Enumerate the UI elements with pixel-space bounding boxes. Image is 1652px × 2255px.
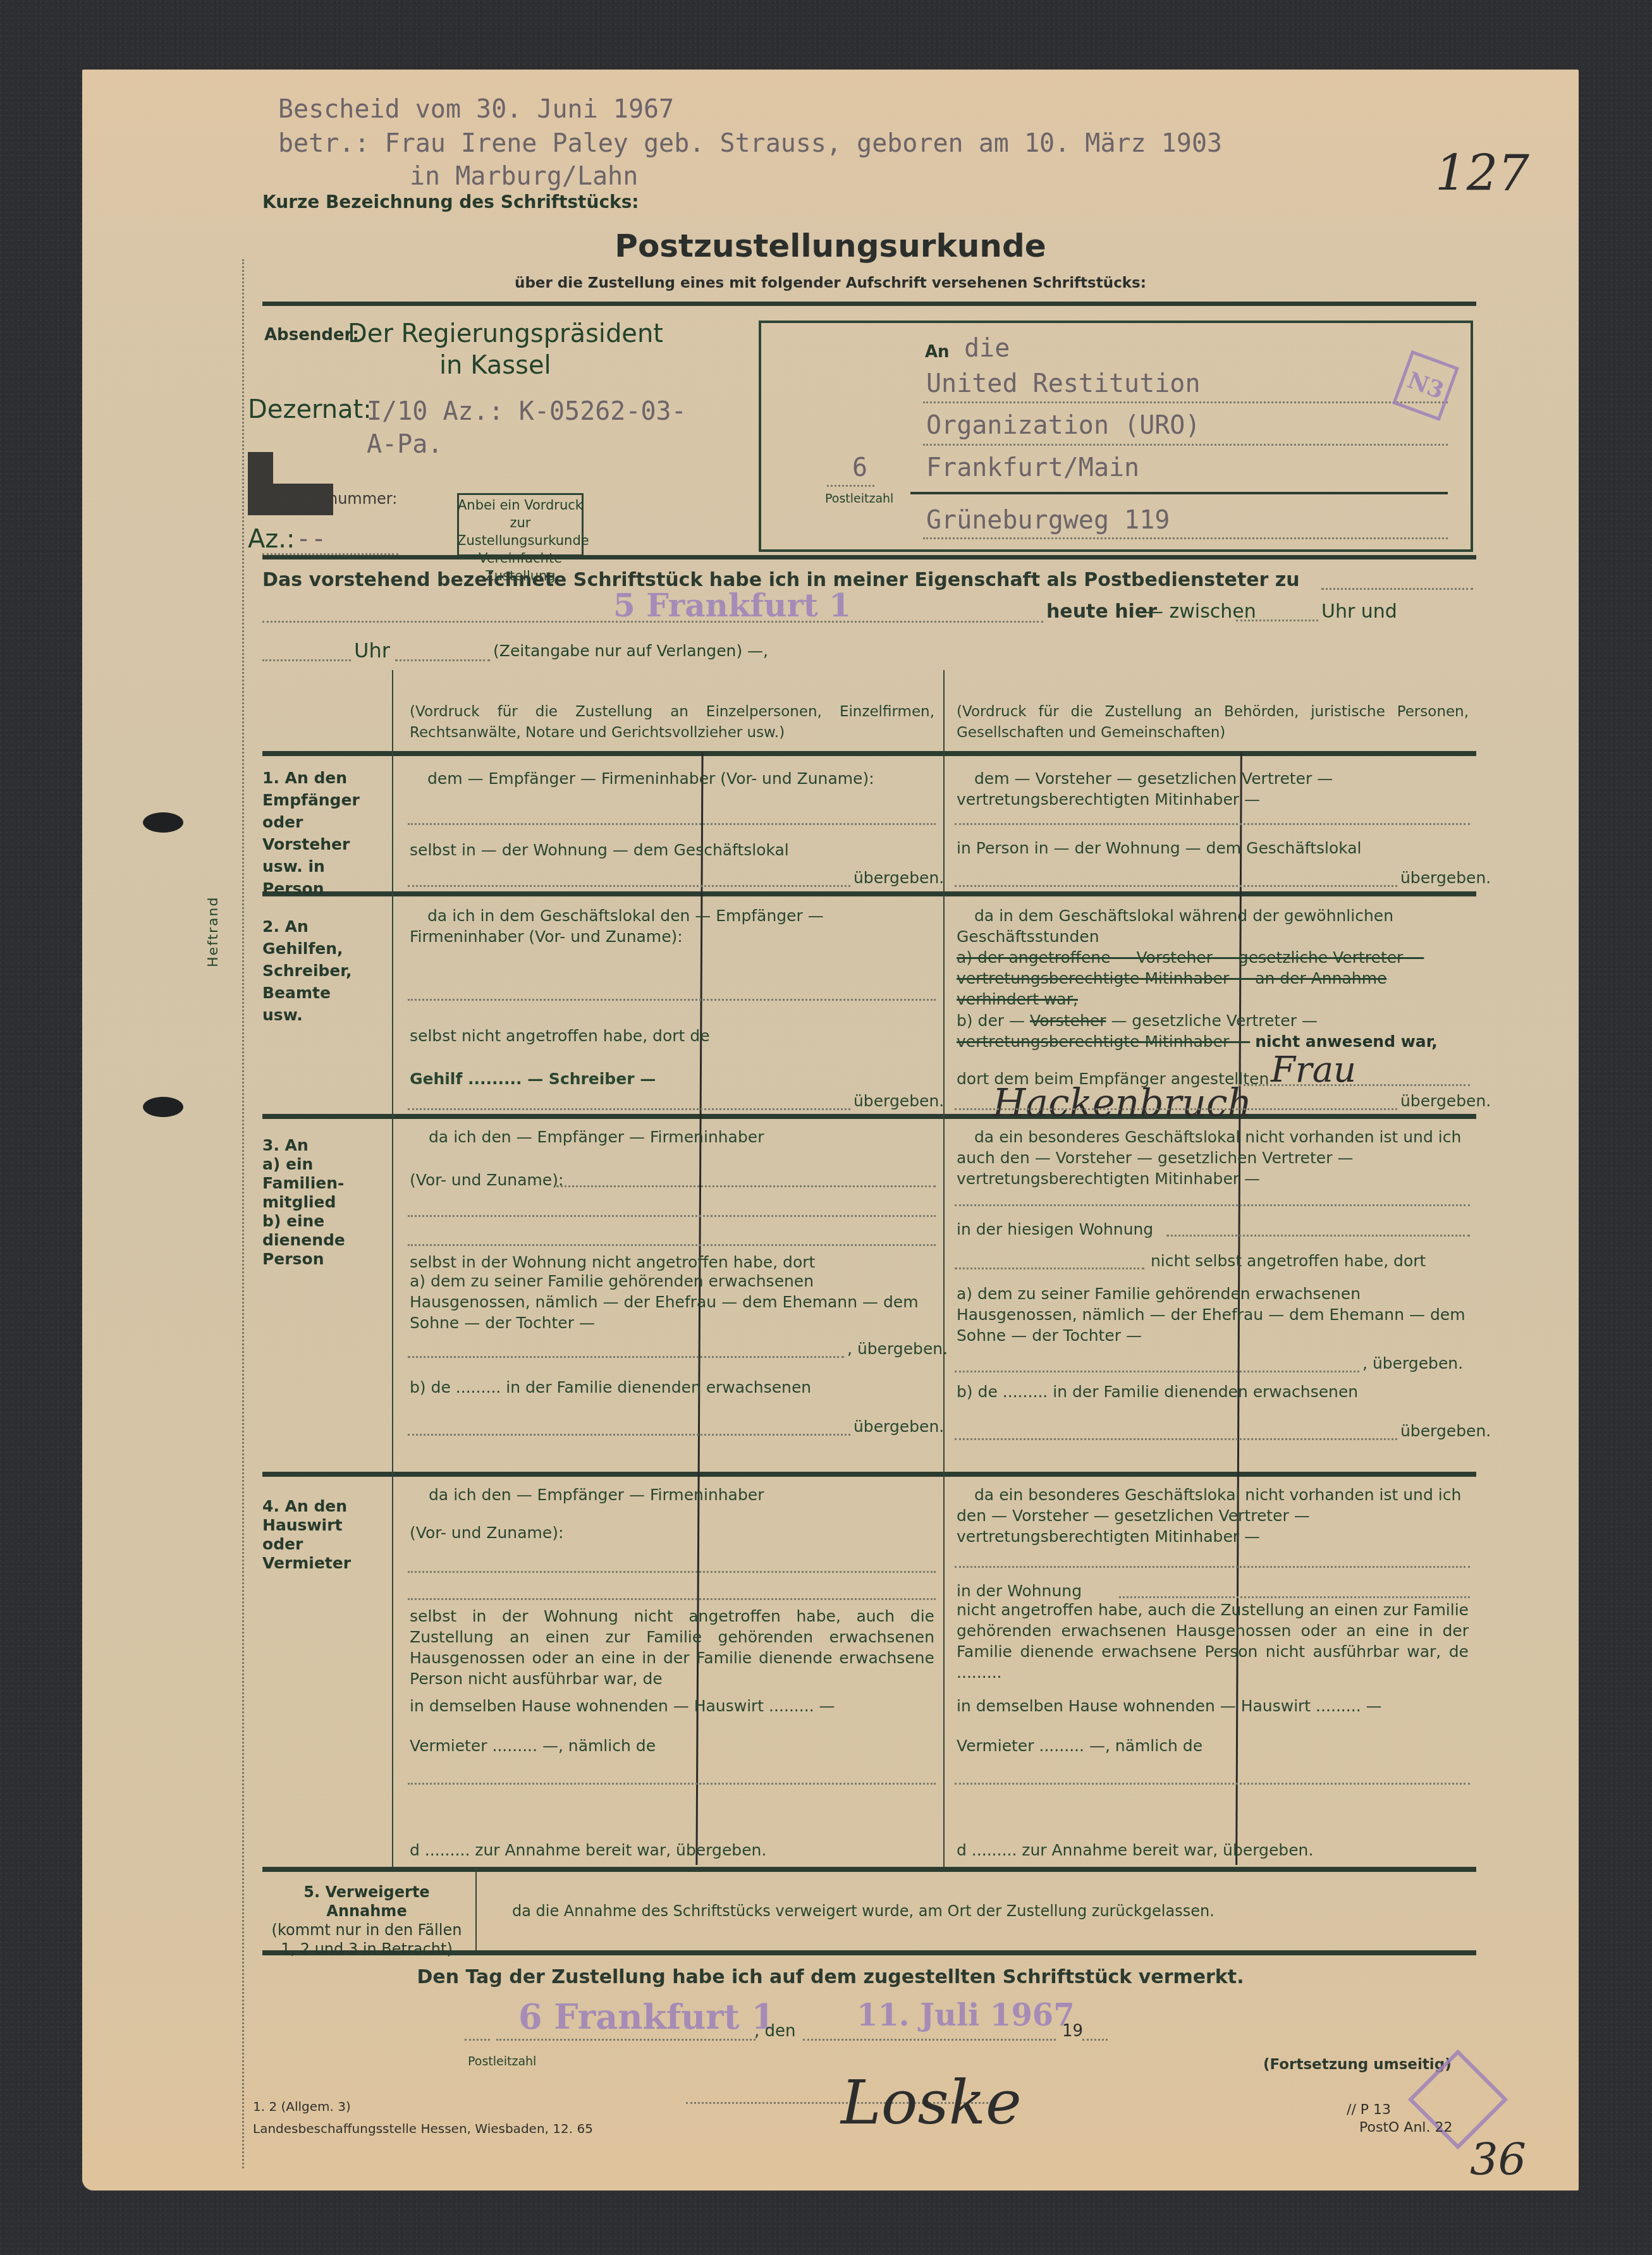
place-stamp-footer: 6 Frankfurt 1 bbox=[518, 1996, 775, 2037]
place-stamp-1: 5 Frankfurt 1 bbox=[613, 587, 851, 624]
intro-dotline-1 bbox=[1321, 588, 1473, 590]
section-3-left-dotline-5 bbox=[408, 1434, 850, 1436]
section-4-left-dotline-1 bbox=[408, 1571, 936, 1573]
right-column-header: (Vordruck für die Zustellung an Behörden… bbox=[957, 702, 1469, 743]
footer-year-dotline bbox=[1082, 2039, 1108, 2041]
section-2-right-end: übergeben. bbox=[1400, 1091, 1491, 1111]
az-value: -- bbox=[296, 525, 326, 554]
section-2-left-l2: selbst nicht angetroffen habe, dort de bbox=[410, 1025, 710, 1046]
col-divider-header-left bbox=[392, 670, 393, 751]
zeitangabe-label: (Zeitangabe nur auf Verlangen) —, bbox=[493, 642, 768, 660]
dezernat-value-2: A-Pa. bbox=[367, 430, 443, 459]
section-1-left-l2: selbst in — der Wohnung — dem Geschäftsl… bbox=[410, 840, 789, 860]
section-3-left-l3: selbst in der Wohnung nicht angetroffen … bbox=[410, 1252, 815, 1273]
recipient-dotline-3 bbox=[923, 444, 1448, 446]
section-2-label: 2. AnGehilfen,Schreiber,Beamteusw. bbox=[262, 915, 352, 1026]
document-page: Heftrand Bescheid vom 30. Juni 1967 betr… bbox=[82, 70, 1579, 2191]
section-2-right-l1: da in dem Geschäftslokal während der gew… bbox=[957, 905, 1469, 947]
handwritten-name: Hackenbruch bbox=[993, 1081, 1252, 1125]
section-1-right-end: übergeben. bbox=[1400, 867, 1491, 888]
page-subtitle: über die Zustellung eines mit folgender … bbox=[82, 275, 1579, 291]
section-3-label: 3. Ana) einFamilien-mitgliedb) einediene… bbox=[262, 1136, 345, 1269]
footer-date-dotline bbox=[803, 2039, 1056, 2041]
form-ref-1: // P 13 bbox=[1347, 2102, 1391, 2118]
recipient-line-1: die bbox=[964, 334, 1010, 363]
section-4-right-dotline-1 bbox=[955, 1566, 1470, 1568]
section-1-left-dotline-2 bbox=[408, 885, 850, 887]
section-4-left-l1: da ich den — Empfänger — Firmeninhaber bbox=[429, 1484, 764, 1505]
binding-margin-line bbox=[242, 259, 244, 2168]
section-3-left-dotline-2 bbox=[408, 1215, 936, 1217]
section-3-left-l4: a) dem zu seiner Familie gehörenden erwa… bbox=[410, 1271, 934, 1333]
recipient-city: Frankfurt/Main bbox=[926, 453, 1139, 482]
intro-rule bbox=[262, 555, 1476, 559]
recipient-line-3: Organization (URO) bbox=[926, 411, 1200, 440]
section-3-right-l3: nicht selbst angetroffen habe, dort bbox=[1151, 1250, 1426, 1271]
postleitzahl-label: Postleitzahl bbox=[825, 492, 893, 506]
section-1-right-dotline-2 bbox=[955, 885, 1397, 887]
section-2-right-b: b) der — Vorsteher — gesetzliche Vertret… bbox=[957, 1010, 1469, 1052]
section-5-rule bbox=[262, 1867, 1476, 1872]
section-3-right-dotline-5 bbox=[955, 1438, 1397, 1440]
section-1-rule bbox=[262, 751, 1476, 756]
recipient-street: Grüneburgweg 119 bbox=[926, 506, 1170, 535]
section-3-left-l1: da ich den — Empfänger — Firmeninhaber bbox=[429, 1127, 764, 1147]
section-3-left-l5: , übergeben. bbox=[847, 1338, 948, 1359]
label-col-divider bbox=[392, 751, 393, 1867]
section-4-left-end: d ......... zur Annahme bereit war, über… bbox=[410, 1840, 766, 1861]
recipient-dotline-2 bbox=[923, 401, 1448, 403]
section-3-left-dotline-4 bbox=[408, 1356, 844, 1358]
section-4-right-l4: in demselben Hause wohnenden — Hauswirt … bbox=[957, 1696, 1382, 1716]
folio-number-bottom: 36 bbox=[1470, 2134, 1526, 2185]
enclosure-line-2: Zustellungsurkunde bbox=[457, 532, 584, 549]
form-ref-2: PostO Anl. 22 bbox=[1359, 2120, 1452, 2136]
section-3-left-dotline-1 bbox=[556, 1185, 936, 1187]
footer-statement: Den Tag der Zustellung habe ich auf dem … bbox=[82, 1966, 1579, 1988]
section-4-right-dotline-2 bbox=[1119, 1596, 1470, 1598]
section-2-right-dotline-2 bbox=[955, 1108, 1397, 1110]
refused-text: da die Annahme des Schriftstücks verweig… bbox=[512, 1901, 1215, 1922]
section-2-left-l1: da ich in dem Geschäftslokal den — Empfä… bbox=[410, 905, 934, 947]
section-3-left-l6: b) de ......... in der Familie dienenden… bbox=[410, 1377, 811, 1398]
margin-label: Heftrand bbox=[205, 896, 221, 968]
section-1-right-l1: dem — Vorsteher — gesetzlichen Vertreter… bbox=[957, 768, 1469, 810]
section-3-right-l2: in der hiesigen Wohnung bbox=[957, 1219, 1153, 1240]
section-3-right-dotline-4 bbox=[955, 1371, 1359, 1372]
section-3-right-l1: da ein besonderes Geschäftslokal nicht v… bbox=[957, 1127, 1469, 1189]
short-description-label: Kurze Bezeichnung des Schriftstücks: bbox=[262, 191, 639, 213]
section-3-left-end: übergeben. bbox=[854, 1416, 944, 1437]
footer-postleitzahl-label: Postleitzahl bbox=[468, 2055, 536, 2069]
recipient-postcode: 6 bbox=[852, 453, 867, 482]
footer-place-dotline bbox=[496, 2039, 756, 2041]
section-4-label: 4. An denHauswirtoderVermieter bbox=[262, 1497, 351, 1573]
uhr-dotline-2 bbox=[395, 659, 490, 661]
recipient-an-label: An bbox=[925, 341, 950, 364]
section-1-left-dotline bbox=[408, 823, 936, 825]
section-4-right-l3: nicht angetroffen habe, auch die Zustell… bbox=[957, 1599, 1469, 1683]
section-4-left-l4: in demselben Hause wohnenden — Hauswirt … bbox=[410, 1696, 835, 1716]
uhr-und-label: Uhr und bbox=[1321, 601, 1397, 623]
section-4-rule bbox=[262, 1472, 1476, 1477]
section-3-rule bbox=[262, 1114, 1476, 1119]
section-4-right-l1: da ein besonderes Geschäftslokal nicht v… bbox=[957, 1484, 1469, 1547]
intro-dotline-2 bbox=[262, 621, 1043, 623]
top-rule bbox=[262, 302, 1476, 306]
section-3-right-l6: b) de ......... in der Familie dienenden… bbox=[957, 1381, 1358, 1402]
section-1-right-l2: in Person in — der Wohnung — dem Geschäf… bbox=[957, 838, 1362, 859]
section-4-right-end: d ......... zur Annahme bereit war, über… bbox=[957, 1840, 1313, 1861]
section-4-right-l5: Vermieter ......... —, nämlich de bbox=[957, 1735, 1202, 1756]
section-3-right-dotline-3 bbox=[955, 1268, 1144, 1269]
section-2-left-dotline-2 bbox=[408, 1108, 850, 1110]
footer-postcode-dotline bbox=[465, 2039, 490, 2041]
typed-line-3: in Marburg/Lahn bbox=[410, 162, 638, 191]
refused-col-divider bbox=[475, 1867, 477, 1950]
geschaeftsnummer-label: Geschäftsnummer: bbox=[253, 490, 397, 508]
enclosure-line-1: Anbei ein Vordruck zur bbox=[457, 496, 584, 532]
punch-hole-bottom bbox=[143, 1097, 183, 1117]
heute-hier: heute hier bbox=[1046, 601, 1157, 623]
section-3-right-l4: a) dem zu seiner Familie gehörenden erwa… bbox=[957, 1283, 1469, 1346]
footer-year-prefix: 19 bbox=[1062, 2022, 1083, 2041]
uhr-dotline-1 bbox=[262, 659, 351, 661]
handwritten-frau: Frau bbox=[1271, 1049, 1356, 1091]
section-3-right-dotline-1 bbox=[955, 1204, 1470, 1206]
dezernat-value: I/10 Az.: K-05262-03- bbox=[367, 397, 687, 426]
section-4-left-l2: (Vor- und Zuname): bbox=[410, 1522, 563, 1543]
section-3-left-l2: (Vor- und Zuname): bbox=[410, 1170, 563, 1190]
signature: Loske bbox=[841, 2067, 1022, 2138]
form-code-1: 1. 2 (Allgem. 3) bbox=[253, 2099, 351, 2114]
section-4-left-dotline-3 bbox=[408, 1783, 936, 1785]
section-3-right-l5: , übergeben. bbox=[1362, 1353, 1463, 1374]
n3-stamp-text: N3 bbox=[1404, 367, 1448, 404]
postcode-dotline bbox=[827, 485, 874, 487]
section-4-left-dotline-2 bbox=[408, 1598, 936, 1600]
recipient-line-2: United Restitution bbox=[926, 369, 1200, 398]
section-4-left-l5: Vermieter ......... —, nämlich de bbox=[410, 1735, 656, 1756]
page-title: Postzustellungsurkunde bbox=[82, 228, 1579, 264]
uhr-label: Uhr bbox=[354, 639, 390, 663]
section-2-left-end: übergeben. bbox=[854, 1091, 944, 1111]
typed-line-1: Bescheid vom 30. Juni 1967 bbox=[278, 95, 674, 124]
street-dotline bbox=[923, 537, 1448, 539]
section-1-right-dotline bbox=[955, 823, 1470, 825]
sender-label: Absender: bbox=[264, 324, 359, 346]
left-column-header: (Vordruck für die Zustellung an Einzelpe… bbox=[410, 702, 934, 743]
section-5-label: 5. Verweigerte Annahme (kommt nur in den… bbox=[266, 1883, 468, 1959]
section-4-left-l3: selbst in der Wohnung nicht angetroffen … bbox=[410, 1606, 934, 1689]
zwischen-dotline bbox=[1236, 620, 1318, 621]
footer-continuation: (Fortsetzung umseitig) bbox=[1263, 2056, 1452, 2073]
section-3-left-dotline-3 bbox=[408, 1244, 936, 1246]
section-3-right-dotline-2 bbox=[1166, 1235, 1470, 1237]
typed-line-2: betr.: Frau Irene Paley geb. Strauss, ge… bbox=[278, 129, 1222, 158]
mid-col-divider bbox=[943, 751, 945, 1867]
section-1-left-l1: dem — Empfänger — Firmeninhaber (Vor- un… bbox=[410, 768, 934, 789]
sender-name-line1: Der Regierungspräsident bbox=[348, 319, 663, 348]
az-label: Az.: bbox=[248, 525, 295, 554]
section-2-right-a-struck: a) der angetroffene — Vorsteher — gesetz… bbox=[957, 947, 1469, 1010]
punch-hole-top bbox=[143, 812, 183, 833]
section-3-right-end: übergeben. bbox=[1400, 1421, 1491, 1441]
col-divider-header-mid bbox=[943, 670, 945, 751]
footer-den: , den bbox=[754, 2022, 796, 2041]
section-2-rule bbox=[262, 891, 1476, 896]
dezernat-label: Dezernat: bbox=[248, 395, 372, 424]
city-underline bbox=[910, 492, 1448, 494]
section-4-right-l2: in der Wohnung bbox=[957, 1580, 1082, 1601]
folio-number-top: 127 bbox=[1435, 145, 1529, 202]
date-stamp: 11. Juli 1967 bbox=[857, 1998, 1075, 2033]
section-2-left-l3: Gehilf ......... — Schreiber — bbox=[410, 1068, 656, 1089]
sender-name-line2: in Kassel bbox=[439, 351, 551, 380]
section-4-right-dotline-3 bbox=[955, 1783, 1470, 1785]
section-2-left-dotline bbox=[408, 999, 936, 1001]
section-1-left-end: übergeben. bbox=[854, 867, 944, 888]
section-1-label: 1. An denEmpfängeroderVorsteherusw. inPe… bbox=[262, 767, 360, 900]
form-code-2: Landesbeschaffungsstelle Hessen, Wiesbad… bbox=[253, 2121, 593, 2136]
